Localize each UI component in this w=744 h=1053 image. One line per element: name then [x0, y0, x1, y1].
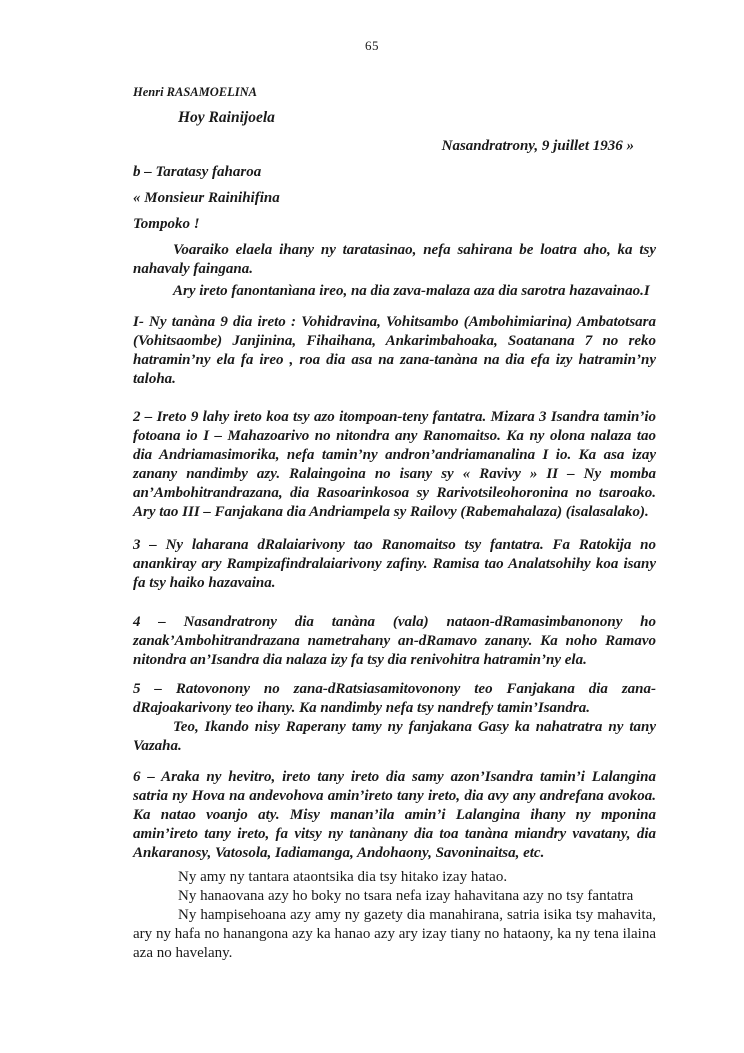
closing-block: Ny amy ny tantara ataontsika dia tsy hit…: [133, 868, 656, 963]
paragraph-intro-2: Ary ireto fanontanìana ireo, na dia zava…: [133, 282, 656, 301]
paragraph-item-2: 2 – Ireto 9 lahy ireto koa tsy azo itomp…: [133, 408, 656, 522]
paragraph-item-1: I- Ny tanàna 9 dia ireto : Vohidravina, …: [133, 313, 656, 389]
paragraph-item-6: 6 – Araka ny hevitro, ireto tany ireto d…: [133, 768, 656, 863]
section-label: b – Taratasy faharoa: [133, 163, 656, 182]
letter-heading: Hoy Rainijoela: [133, 108, 656, 128]
page-number: 65: [0, 38, 744, 54]
salutation-line: « Monsieur Rainihifina: [133, 189, 656, 208]
closing-line-1: Ny amy ny tantara ataontsika dia tsy hit…: [133, 868, 656, 887]
paragraph-item-5: 5 – Ratovonony no zana-dRatsiasamitovono…: [133, 680, 656, 718]
dateline: Nasandratrony, 9 juillet 1936 »: [133, 137, 656, 156]
letter-content: Henri RASAMOELINA Hoy Rainijoela Nasandr…: [0, 84, 744, 963]
paragraph-item-5-continuation: Teo, Ikando nisy Raperany tamy ny fanjak…: [133, 718, 656, 756]
closing-line-2: Ny hanaovana azy ho boky no tsara nefa i…: [133, 887, 656, 906]
greeting-line: Tompoko !: [133, 215, 656, 234]
paragraph-item-3: 3 – Ny laharana dRalaiarivony tao Ranoma…: [133, 536, 656, 593]
paragraph-item-4: 4 – Nasandratrony dia tanàna (vala) nata…: [133, 613, 656, 670]
document-page: 65 Henri RASAMOELINA Hoy Rainijoela Nasa…: [0, 0, 744, 1053]
closing-line-3: Ny hampisehoana azy amy ny gazety dia ma…: [133, 906, 656, 963]
author-line: Henri RASAMOELINA: [133, 84, 656, 101]
paragraph-intro-1: Voaraiko elaela ihany ny taratasinao, ne…: [133, 241, 656, 279]
